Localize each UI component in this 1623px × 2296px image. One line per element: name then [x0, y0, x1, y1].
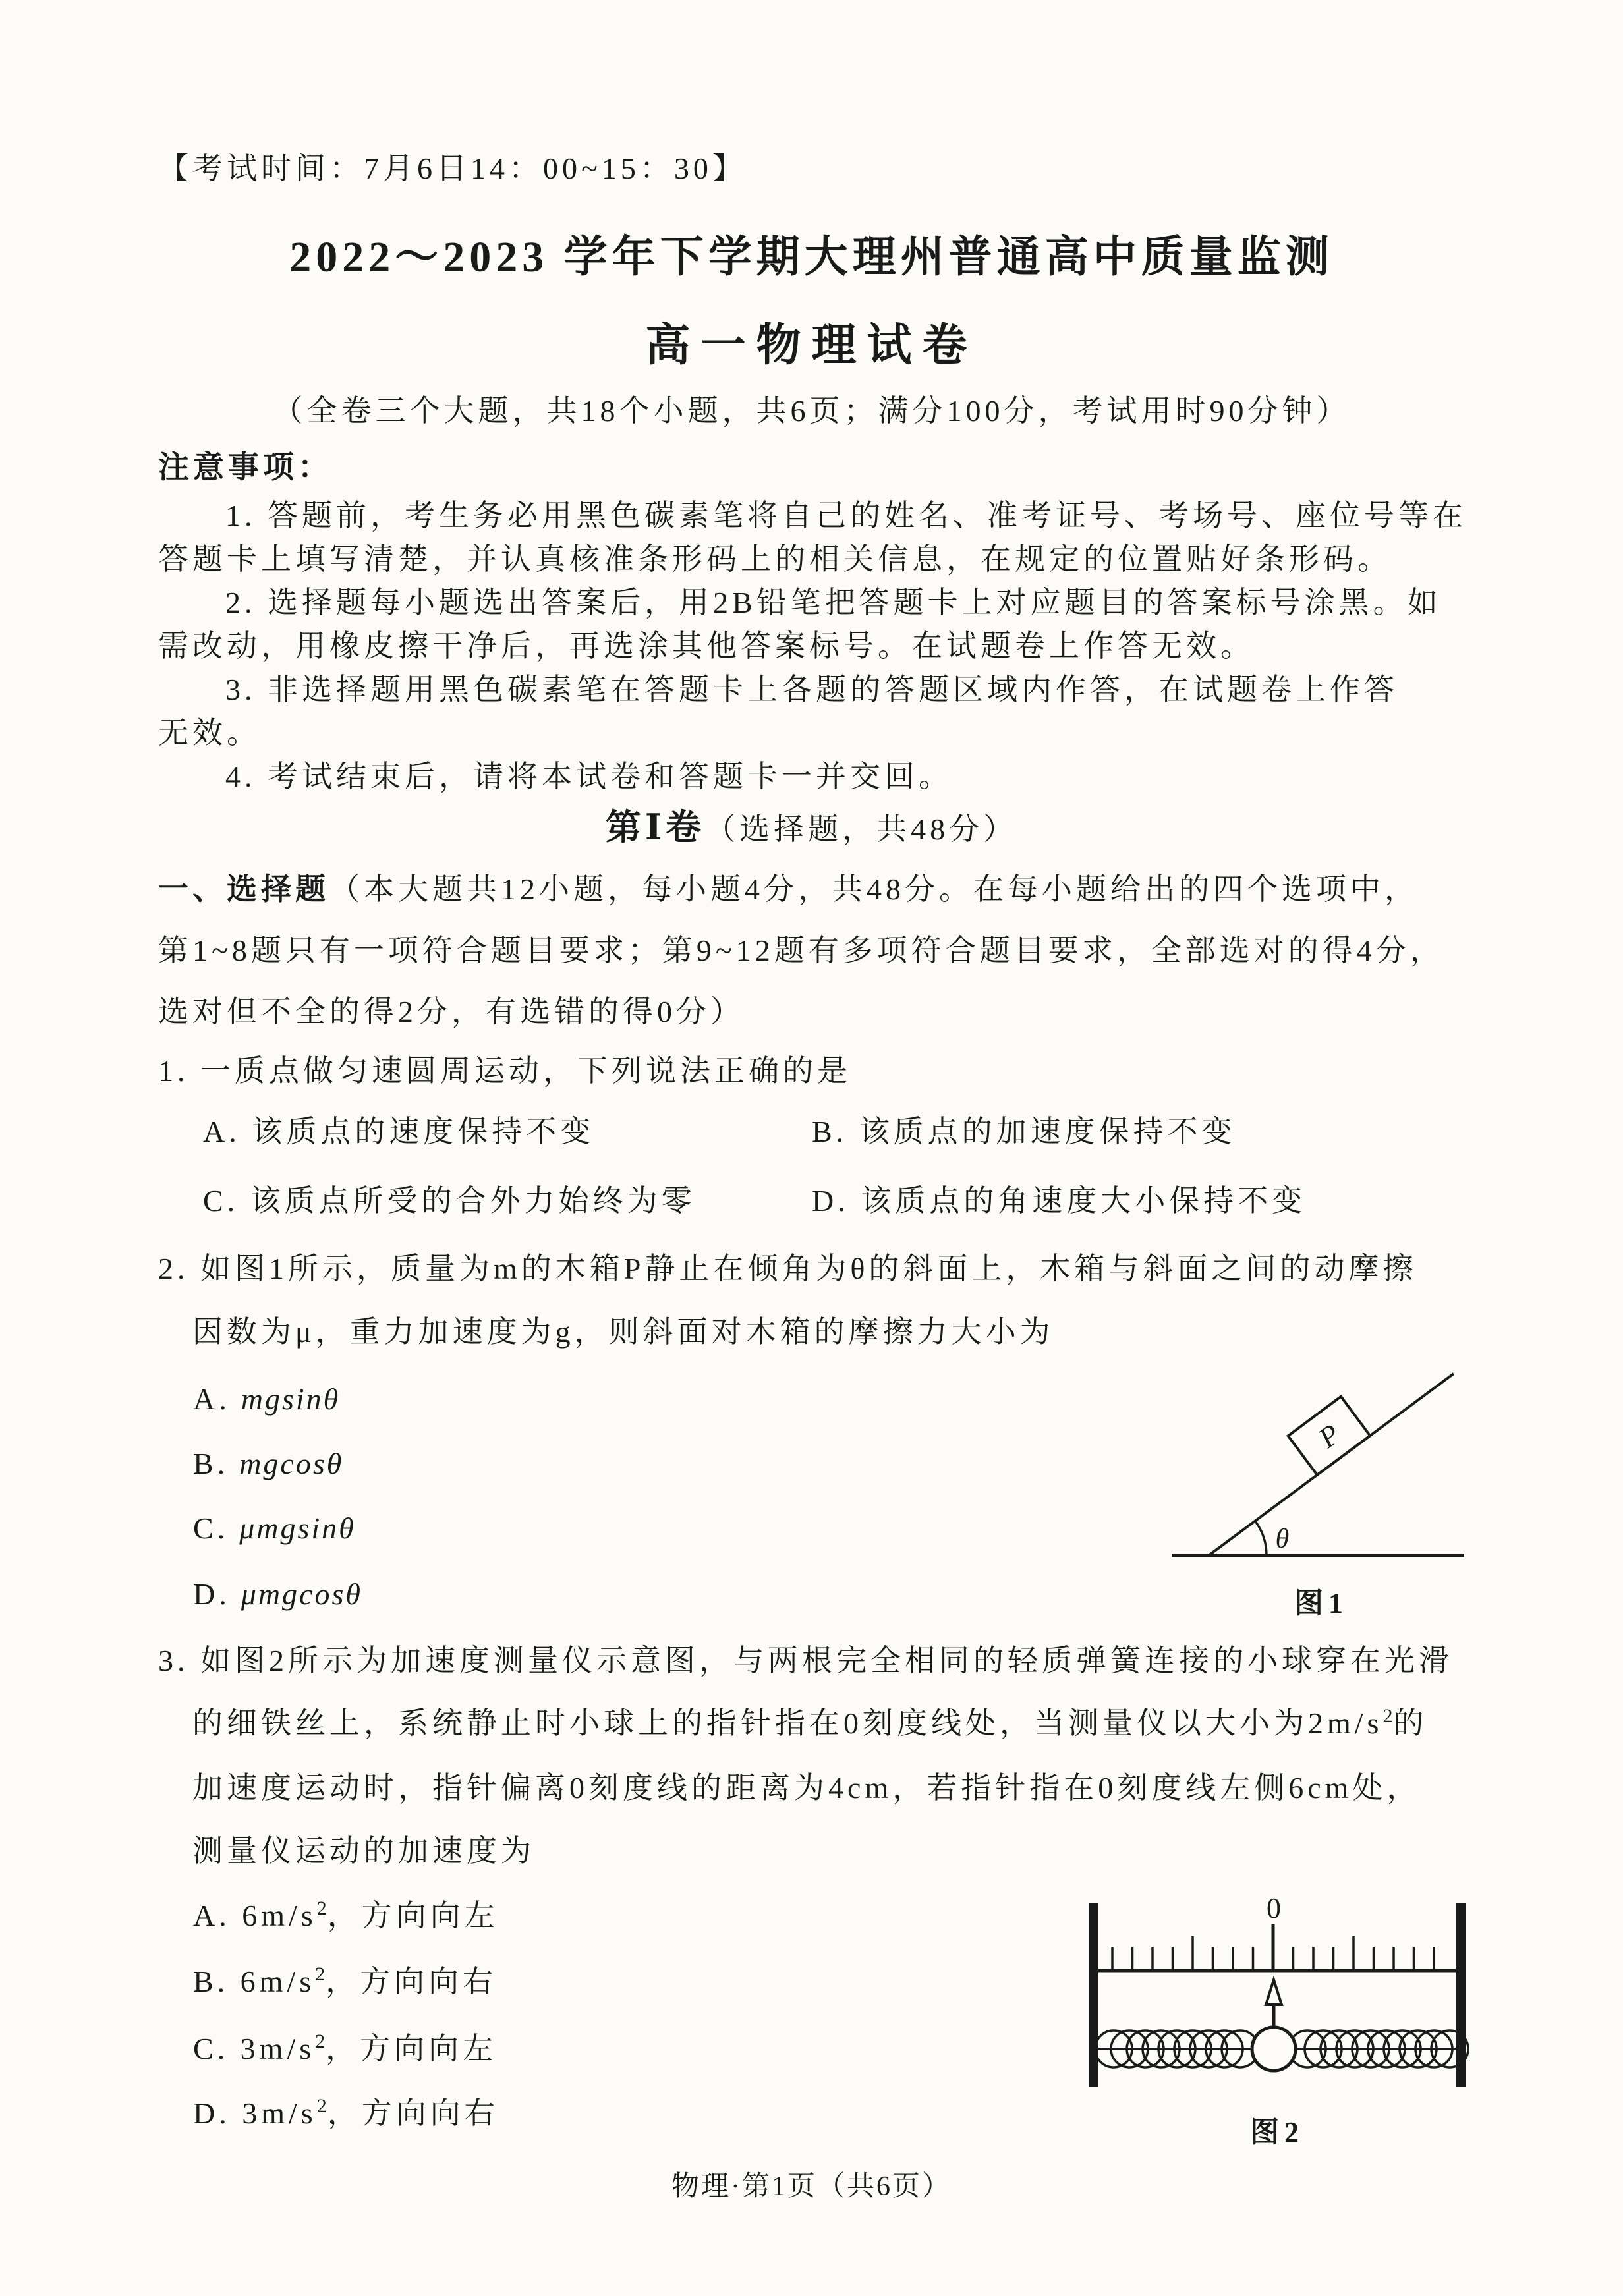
- figure-1-caption: 图1: [1166, 1579, 1476, 1621]
- block-p-label: P: [1312, 1418, 1346, 1455]
- block-p: P: [1288, 1397, 1370, 1475]
- q3-option-b: B. 6m/s2，方向向右: [193, 1963, 497, 2000]
- accelerometer-diagram: 0: [1081, 1888, 1473, 2097]
- notices-heading: 注意事项：: [158, 449, 333, 486]
- scale-zero-label: 0: [1267, 1892, 1281, 1924]
- notice-2-line-1: 2. 选择题每小题选出答案后，用2B铅笔把答题卡上对应题目的答案标号涂黑。如: [158, 584, 1442, 621]
- q1-option-b: B. 该质点的加速度保持不变: [812, 1113, 1236, 1150]
- theta-angle-label: θ: [1276, 1524, 1290, 1554]
- superscript: 2: [317, 1897, 327, 1919]
- section-1-heading: 第Ⅰ卷（选择题，共48分）: [0, 806, 1623, 849]
- q3-stem-line-4: 测量仪运动的加速度为: [192, 1833, 535, 1869]
- ball: [1252, 2027, 1296, 2071]
- page-subtitle: 高一物理试卷: [0, 310, 1623, 374]
- choice-intro-rest: （本大题共12小题，每小题4分，共48分。在每小题给出的四个选项中，: [329, 872, 1419, 906]
- notice-3-line-2: 无效。: [158, 715, 261, 751]
- q3-stem-line-3: 加速度运动时，指针偏离0刻度线的距离为4cm，若指针指在0刻度线左侧6cm处，: [192, 1770, 1421, 1806]
- q1-stem: 1. 一质点做匀速圆周运动，下列说法正确的是: [158, 1053, 851, 1089]
- angle-arc: [1255, 1521, 1267, 1555]
- superscript: 2: [317, 2095, 327, 2117]
- figure-2: 0 图2: [1081, 1888, 1473, 2150]
- incline-diagram: P θ: [1166, 1341, 1476, 1568]
- q1-option-c: C. 该质点所受的合外力始终为零: [203, 1183, 696, 1219]
- q2-option-c-formula: μmgsinθ: [239, 1511, 356, 1545]
- q3-option-c: C. 3m/s2，方向向左: [193, 2030, 497, 2067]
- q3-option-d: D. 3m/s2，方向向右: [193, 2095, 499, 2131]
- exam-time-label: 【考试时间：7月6日14：00~15：30】: [158, 150, 747, 186]
- notice-4-line-1: 4. 考试结束后，请将本试卷和答题卡一并交回。: [158, 758, 953, 795]
- q2-option-d-formula: μmgcosθ: [241, 1577, 362, 1611]
- q2-option-a: A.mgsinθ: [193, 1381, 340, 1417]
- ruler-ticks: [1112, 1924, 1434, 1971]
- superscript: 2: [315, 2030, 326, 2052]
- q2-option-c-key: C.: [193, 1511, 229, 1545]
- q2-option-a-key: A.: [193, 1382, 231, 1416]
- figure-2-caption: 图2: [1081, 2108, 1473, 2150]
- q3-stem-line-2: 的细铁丝上，系统静止时小球上的指针指在0刻度线处，当测量仪以大小为2m/s2的: [192, 1705, 1427, 1741]
- notice-1-line-1: 1. 答题前，考生务必用黑色碳素笔将自己的姓名、准考证号、考场号、座位号等在: [158, 497, 1467, 534]
- superscript: 2: [315, 1963, 326, 1985]
- q2-option-d-key: D.: [193, 1577, 231, 1611]
- superscript: 2: [1382, 1705, 1393, 1727]
- left-wall: [1089, 1903, 1098, 2087]
- section-volume-label: 第Ⅰ卷: [606, 808, 705, 847]
- paper-summary: （全卷三个大题，共18个小题，共6页；满分100分，考试用时90分钟）: [0, 393, 1623, 429]
- q1-option-a: A. 该质点的速度保持不变: [203, 1113, 594, 1150]
- choice-intro-line-3: 选对但不全的得2分，有选错的得0分）: [158, 994, 745, 1030]
- notice-1-line-2: 答题卡上填写清楚，并认真核准条形码上的相关信息，在规定的位置贴好条形码。: [158, 541, 1392, 577]
- q2-option-b: B.mgcosθ: [193, 1445, 343, 1482]
- physics-exam-page: 【考试时间：7月6日14：00~15：30】 2022～2023 学年下学期大理…: [0, 0, 1623, 2296]
- q2-stem-line-1: 2. 如图1所示，质量为m的木箱P静止在倾角为θ的斜面上，木箱与斜面之间的动摩擦: [158, 1250, 1417, 1287]
- page-title: 2022～2023 学年下学期大理州普通高中质量监测: [0, 221, 1623, 284]
- notice-2-line-2: 需改动，用橡皮擦干净后，再选涂其他答案标号。在试题卷上作答无效。: [158, 628, 1255, 664]
- q2-option-a-formula: mgsinθ: [241, 1382, 341, 1416]
- choice-intro-lead: 一、选择题: [158, 872, 329, 906]
- q1-option-d: D. 该质点的角速度大小保持不变: [812, 1183, 1306, 1219]
- figure-1: P θ 图1: [1166, 1341, 1476, 1621]
- q2-option-b-formula: mgcosθ: [239, 1447, 343, 1480]
- q2-option-d: D.μmgcosθ: [193, 1576, 362, 1612]
- q2-option-b-key: B.: [193, 1447, 229, 1480]
- section-volume-note: （选择题，共48分）: [705, 812, 1017, 846]
- choice-intro-line-2: 第1~8题只有一项符合题目要求；第9~12题有多项符合题目要求，全部选对的得4分…: [158, 932, 1444, 968]
- pointer-arrowhead: [1266, 1980, 1282, 2005]
- q3-stem-line-1: 3. 如图2所示为加速度测量仪示意图，与两根完全相同的轻质弹簧连接的小球穿在光滑: [158, 1642, 1453, 1679]
- choice-intro-line-1: 一、选择题（本大题共12小题，每小题4分，共48分。在每小题给出的四个选项中，: [158, 871, 1419, 907]
- q2-option-c: C.μmgsinθ: [193, 1510, 356, 1546]
- page-footer: 物理·第1页（共6页）: [0, 2170, 1623, 2203]
- q3-option-a: A. 6m/s2，方向向左: [193, 1897, 499, 1934]
- q2-stem-line-2: 因数为μ，重力加速度为g，则斜面对木箱的摩擦力大小为: [192, 1314, 1054, 1350]
- notice-3-line-1: 3. 非选择题用黑色碳素笔在答题卡上各题的答题区域内作答，在试题卷上作答: [158, 671, 1398, 708]
